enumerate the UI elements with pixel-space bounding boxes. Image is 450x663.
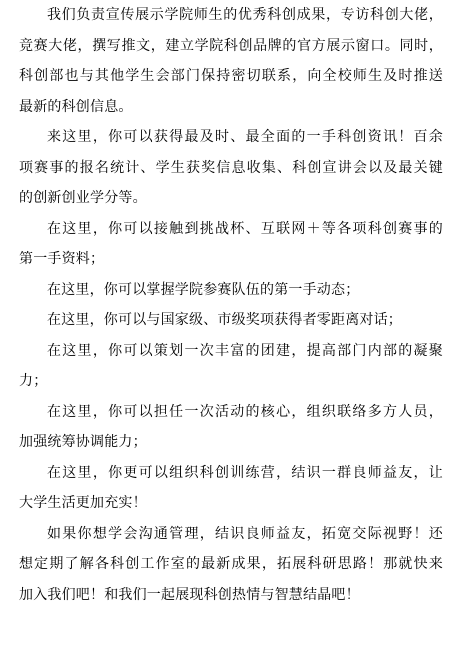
text-line: 的创新创业学分等。: [19, 184, 443, 215]
text-line: 最新的科创信息。: [19, 93, 443, 124]
text-line: 在这里，你更可以组织科创训练营，结识一群良师益友，让: [19, 459, 443, 490]
text-line: 在这里，你可以接触到挑战杯、互联网＋等各项科创赛事的: [19, 215, 443, 246]
text-line: 想定期了解各科创工作室的最新成果，拓展科研思路！那就快来: [19, 550, 443, 581]
text-line: 科创部也与其他学生会部门保持密切联系，向全校师生及时推送: [19, 62, 443, 93]
text-line: 在这里，你可以掌握学院参赛队伍的第一手动态；: [19, 276, 443, 307]
text-line: 项赛事的报名统计、学生获奖信息收集、科创宣讲会以及最关键: [19, 154, 443, 185]
text-line: 在这里，你可以策划一次丰富的团建，提高部门内部的凝聚: [19, 337, 443, 368]
text-line: 竞赛大佬，撰写推文，建立学院科创品牌的官方展示窗口。同时，: [19, 32, 443, 63]
text-line: 我们负责宣传展示学院师生的优秀科创成果，专访科创大佬，: [19, 1, 443, 32]
text-line: 大学生活更加充实！: [19, 489, 443, 520]
text-line: 在这里，你可以担任一次活动的核心，组织联络多方人员，: [19, 398, 443, 429]
text-line: 如果你想学会沟通管理，结识良师益友，拓宽交际视野！还: [19, 520, 443, 551]
text-line: 力；: [19, 367, 443, 398]
text-line: 加强统筹协调能力；: [19, 428, 443, 459]
text-line: 来这里，你可以获得最及时、最全面的一手科创资讯！百余: [19, 123, 443, 154]
text-line: 在这里，你可以与国家级、市级奖项获得者零距离对话；: [19, 306, 443, 337]
document-body: 我们负责宣传展示学院师生的优秀科创成果，专访科创大佬，竞赛大佬，撰写推文，建立学…: [0, 0, 450, 663]
text-line: 第一手资料；: [19, 245, 443, 276]
text-line: 加入我们吧！和我们一起展现科创热情与智慧结晶吧！: [19, 581, 443, 612]
